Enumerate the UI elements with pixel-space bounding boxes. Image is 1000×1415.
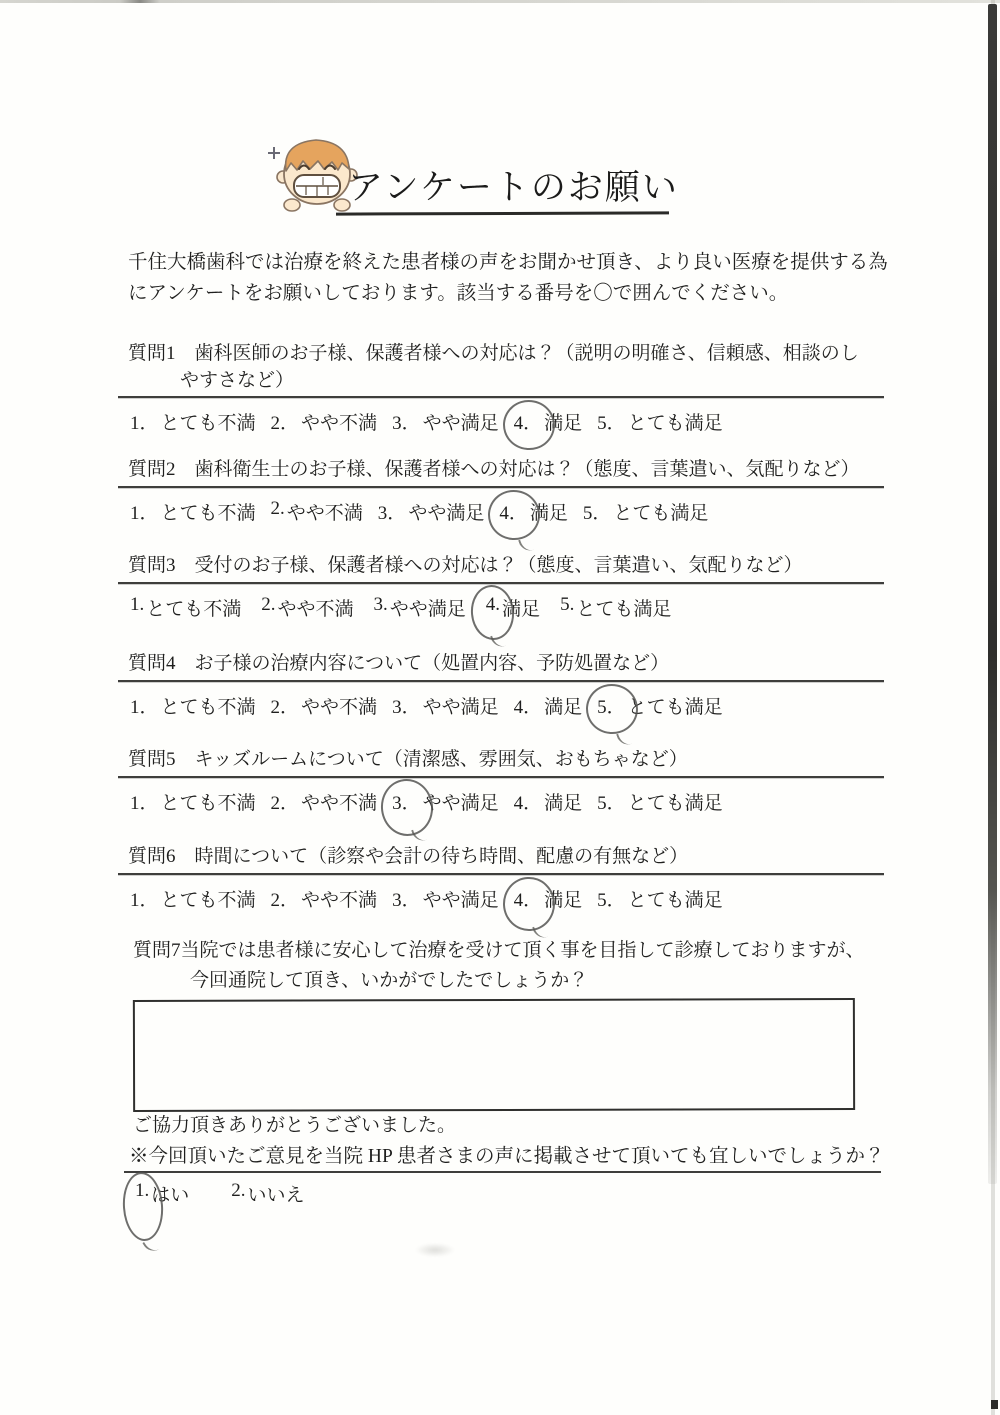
question-2-text: 質問2 歯科衛生士のお子様、保護者様への対応は？（態度、言葉遣い、気配りなど）: [118, 456, 884, 484]
option-number: 2．: [269, 408, 302, 435]
option-number: 4．: [512, 788, 545, 815]
divider: [118, 873, 884, 875]
option-number: 2.: [259, 594, 277, 621]
option-label: とても満足: [628, 885, 723, 912]
scan-smudge: [415, 1243, 455, 1257]
option-label: とても満足: [576, 594, 671, 621]
option-label: とても満足: [613, 498, 708, 525]
option: 4.満足: [484, 594, 540, 621]
question-3-text: 質問3 受付のお子様、保護者様への対応は？（態度、言葉遣い、気配りなど）: [118, 552, 884, 580]
question-6-options: 1．とても不満 2．やや不満 3．やや満足 4．満足 5．とても満足: [118, 885, 884, 912]
option-number: 1.: [128, 594, 146, 621]
question-block-4: 質問4 お子様の治療内容について（処置内容、予防処置など） 1．とても不満 2．…: [118, 650, 884, 719]
option-number: 1．: [128, 692, 161, 719]
option-label: いいえ: [248, 1180, 305, 1207]
option: 1.はい: [133, 1180, 189, 1207]
option-label: とても満足: [628, 788, 723, 815]
option-label: やや不満: [278, 594, 354, 621]
divider: [118, 776, 884, 778]
question-1-text: 質問1 歯科医師のお子様、保護者様への対応は？（説明の明確さ、信頼感、相談のし: [118, 340, 884, 368]
option-number: 4．: [512, 885, 545, 912]
option-label: とても満足: [628, 692, 723, 719]
scan-edge-top: [0, 0, 1000, 3]
option-number: 5．: [595, 885, 628, 912]
option: 4．満足: [512, 408, 583, 435]
scan-corner-mark: [991, 1400, 998, 1409]
option-label: やや満足: [423, 692, 499, 719]
option-number: 3．: [390, 788, 423, 815]
option-label: やや満足: [390, 594, 466, 621]
option-label: やや満足: [408, 498, 484, 525]
option-number: 5．: [581, 498, 614, 525]
option: 5．とても満足: [595, 692, 723, 719]
question-1-text-cont: やすさなど）: [118, 368, 884, 394]
option-label: とても不満: [161, 692, 256, 719]
option-number: 5．: [595, 692, 628, 719]
option: 1．とても不満: [128, 408, 256, 435]
option-label: とても満足: [628, 408, 723, 435]
option-label: とても不満: [161, 408, 256, 435]
option-label: やや満足: [423, 788, 499, 815]
scan-edge-right-dark: [988, 4, 997, 1184]
divider: [118, 680, 884, 682]
option-label: 満足: [544, 788, 582, 815]
option-number: 2．: [269, 692, 302, 719]
option: 2．やや不満: [269, 885, 378, 912]
divider: [118, 486, 884, 488]
option: 4．満足: [512, 885, 583, 912]
option: 2．やや不満: [269, 408, 378, 435]
scanned-survey-page: アンケートのお願い 千住大橋歯科では治療を終えた患者様の声をお聞かせ頂き、より良…: [0, 0, 1000, 1415]
option-number: 4.: [484, 594, 502, 621]
option-number: 4．: [497, 498, 530, 525]
option: 1．とても不満: [128, 788, 256, 815]
option: 3.やや満足: [372, 594, 466, 621]
hp-publish-question: ※今回頂いたご意見を当院 HP 患者さまの声に掲載させて頂いても宜しいでしょうか…: [129, 1140, 884, 1168]
question-7-text: 質問7当院では患者様に安心して治療を受けて頂く事を目指して診療しておりますが、: [118, 936, 884, 966]
option-number: 3．: [376, 498, 409, 525]
intro-text: 千住大橋歯科では治療を終えた患者様の声をお聞かせ頂き、より良い医療を提供する為 …: [128, 247, 898, 309]
title-underline: [336, 211, 669, 215]
option-number: 3.: [372, 594, 390, 621]
question-block-6: 質問6 時間について（診察や会計の待ち時間、配慮の有無など） 1．とても不満 2…: [118, 843, 884, 912]
option-label: やや不満: [287, 498, 363, 525]
question-1-options: 1．とても不満 2．やや不満 3．やや満足 4．満足 5．とても満足: [118, 408, 884, 435]
sparkle-icon: [268, 147, 280, 159]
comment-box: [133, 998, 855, 1112]
option: 5．とても満足: [595, 788, 723, 815]
divider: [124, 1171, 881, 1173]
option-number: 2．: [269, 788, 302, 815]
question-5-text: 質問5 キッズルームについて（清潔感、雰囲気、おもちゃなど）: [118, 746, 884, 774]
option-number: 5．: [595, 788, 628, 815]
option-number: 1．: [128, 408, 161, 435]
question-4-text: 質問4 お子様の治療内容について（処置内容、予防処置など）: [118, 650, 884, 678]
option-label: やや不満: [301, 788, 377, 815]
question-block-7: 質問7当院では患者様に安心して治療を受けて頂く事を目指して診療しておりますが、 …: [118, 936, 884, 1111]
option: 1．とても不満: [128, 498, 256, 525]
question-5-options: 1．とても不満 2．やや不満 3．やや満足 4．満足 5．とても満足: [118, 788, 884, 815]
option-number: 3．: [390, 885, 423, 912]
option: 5．とても満足: [581, 498, 709, 525]
option: 3．やや満足: [376, 498, 485, 525]
question-3-options: 1.とても不満 2.やや不満 3.やや満足 4.満足 5.とても満足: [118, 594, 884, 621]
option: 5.とても満足: [558, 594, 671, 621]
option: 1.とても不満: [128, 594, 241, 621]
option: 4．満足: [497, 498, 568, 525]
page-title: アンケートのお願い: [348, 160, 679, 210]
question-block-2: 質問2 歯科衛生士のお子様、保護者様への対応は？（態度、言葉遣い、気配りなど） …: [118, 456, 884, 525]
question-6-text: 質問6 時間について（診察や会計の待ち時間、配慮の有無など）: [118, 843, 884, 871]
option-number: 4．: [512, 408, 545, 435]
grinning-child-with-teeth-icon: [266, 131, 358, 215]
option-number: 3．: [390, 692, 423, 719]
question-block-1: 質問1 歯科医師のお子様、保護者様への対応は？（説明の明確さ、信頼感、相談のし …: [118, 340, 884, 435]
option: 3．やや満足: [390, 788, 499, 815]
option-label: 満足: [544, 692, 582, 719]
option-label: とても不満: [161, 885, 256, 912]
intro-line-2: にアンケートをお願いしております。該当する番号を〇で囲んでください。: [128, 278, 898, 309]
option-number: 1．: [128, 498, 161, 525]
option-label: とても不満: [161, 788, 256, 815]
option: 2．やや不満: [269, 788, 378, 815]
option-number: 1．: [128, 885, 161, 912]
option: 3．やや満足: [390, 408, 499, 435]
thanks-text: ご協力頂きありがとうございました。: [133, 1110, 456, 1137]
intro-line-1: 千住大橋歯科では治療を終えた患者様の声をお聞かせ頂き、より良い医療を提供する為: [128, 247, 898, 278]
question-4-options: 1．とても不満 2．やや不満 3．やや満足 4．満足 5．とても満足: [118, 692, 884, 719]
option-label: やや満足: [423, 408, 499, 435]
divider: [118, 582, 884, 584]
hp-publish-options: 1.はい 2.いいえ: [133, 1180, 305, 1207]
option: 1．とても不満: [128, 692, 256, 719]
question-7-text-cont: 今回通院して頂き、いかがでしたでしょうか？: [118, 966, 884, 996]
option-label: やや不満: [301, 692, 377, 719]
option: 4．満足: [512, 692, 583, 719]
option-number: 4．: [512, 692, 545, 719]
option-label: とても不満: [146, 594, 241, 621]
question-block-5: 質問5 キッズルームについて（清潔感、雰囲気、おもちゃなど） 1．とても不満 2…: [118, 746, 884, 815]
question-2-options: 1．とても不満 2.やや不満 3．やや満足 4．満足 5．とても満足: [118, 498, 884, 525]
option: 2．やや不満: [269, 692, 378, 719]
divider: [118, 396, 884, 398]
option-number: 1.: [133, 1180, 151, 1207]
option-number: 2.: [269, 498, 287, 525]
option: 4．満足: [512, 788, 583, 815]
option: 2.やや不満: [269, 498, 363, 525]
option: 1．とても不満: [128, 885, 256, 912]
option-number: 2．: [269, 885, 302, 912]
option-label: やや満足: [423, 885, 499, 912]
option: 3．やや満足: [390, 885, 499, 912]
question-block-3: 質問3 受付のお子様、保護者様への対応は？（態度、言葉遣い、気配りなど） 1.と…: [118, 552, 884, 621]
option-label: やや不満: [301, 408, 377, 435]
option-number: 2.: [229, 1180, 247, 1207]
option-number: 3．: [390, 408, 423, 435]
option-number: 5．: [595, 408, 628, 435]
option-number: 1．: [128, 788, 161, 815]
option-number: 5.: [558, 594, 576, 621]
option: 2.やや不満: [259, 594, 353, 621]
option: 2.いいえ: [229, 1180, 304, 1207]
option-label: やや不満: [301, 885, 377, 912]
option-label: とても不満: [161, 498, 256, 525]
option: 5．とても満足: [595, 885, 723, 912]
option: 5．とても満足: [595, 408, 723, 435]
option: 3．やや満足: [390, 692, 499, 719]
